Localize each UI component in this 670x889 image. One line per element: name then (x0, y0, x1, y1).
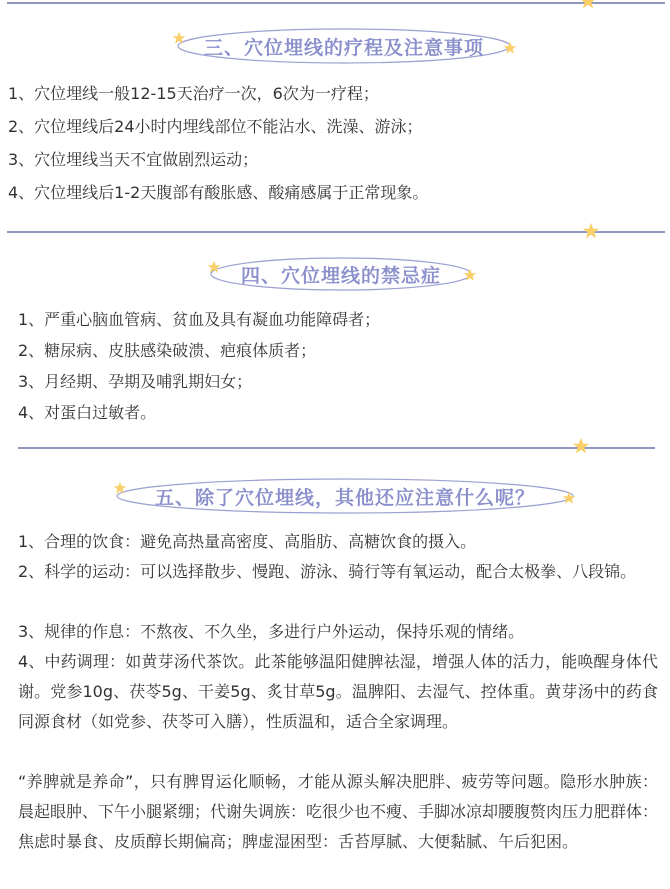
contraindications-list: 1、严重心脑血管病、贫血及具有凝血功能障碍者； 2、糖尿病、皮肤感染破溃、疤痕体… (18, 304, 380, 428)
section-divider (7, 2, 665, 4)
advice-paragraph-routine: 3、规律的作息：不熬夜、不久坐，多进行户外运动，保持乐观的情绪。 (18, 617, 658, 647)
section-heading-5: 五、除了穴位埋线，其他还应注意什么呢？ (110, 476, 580, 516)
star-icon (582, 222, 600, 240)
list-item: 1、穴位埋线一般12-15天治疗一次，6次为一疗程； (8, 77, 428, 110)
list-item: 4、穴位埋线后1-2天腹部有酸胀感、酸痛感属于正常现象。 (8, 176, 428, 209)
star-icon (562, 491, 576, 505)
list-item: 2、糖尿病、皮肤感染破溃、疤痕体质者； (18, 335, 380, 366)
section-heading-4: 四、穴位埋线的禁忌症 (205, 255, 477, 293)
advice-paragraph-herbal: 4、中药调理：如黄芽汤代茶饮。此茶能够温阳健脾祛湿，增强人体的活力，能唤醒身体代… (18, 647, 658, 737)
star-icon (113, 481, 127, 495)
treatment-notes-list: 1、穴位埋线一般12-15天治疗一次，6次为一疗程； 2、穴位埋线后24小时内埋… (8, 77, 428, 209)
list-item: 3、穴位埋线当天不宜做剧烈运动； (8, 143, 428, 176)
list-item: 1、严重心脑血管病、贫血及具有凝血功能障碍者； (18, 304, 380, 335)
advice-paragraph-diet: 1、合理的饮食：避免高热量高密度、高脂肪、高糖饮食的摄入。 (18, 527, 658, 557)
section-heading-text: 四、穴位埋线的禁忌症 (241, 261, 441, 288)
list-item: 4、对蛋白过敏者。 (18, 397, 380, 428)
star-icon (172, 31, 186, 45)
star-icon (207, 260, 221, 274)
section-heading-3: 三、穴位埋线的疗程及注意事项 (170, 26, 518, 66)
advice-paragraph-spleen: “养脾就是养命”，只有脾胃运化顺畅，才能从源头解决肥胖、疲劳等问题。隐形水肿族：… (18, 767, 658, 857)
list-item: 2、穴位埋线后24小时内埋线部位不能沾水、洗澡、游泳； (8, 110, 428, 143)
star-icon (579, 0, 597, 10)
section-heading-text: 三、穴位埋线的疗程及注意事项 (204, 33, 484, 60)
star-icon (503, 41, 517, 55)
section-heading-text: 五、除了穴位埋线，其他还应注意什么呢？ (155, 483, 535, 510)
section-divider (7, 231, 665, 233)
section-divider (18, 447, 655, 449)
list-item: 3、月经期、孕期及哺乳期妇女； (18, 366, 380, 397)
star-icon (572, 437, 590, 455)
advice-paragraph-exercise: 2、科学的运动：可以选择散步、慢跑、游泳、骑行等有氧运动，配合太极拳、八段锦。 (18, 557, 658, 587)
star-icon (463, 268, 477, 282)
